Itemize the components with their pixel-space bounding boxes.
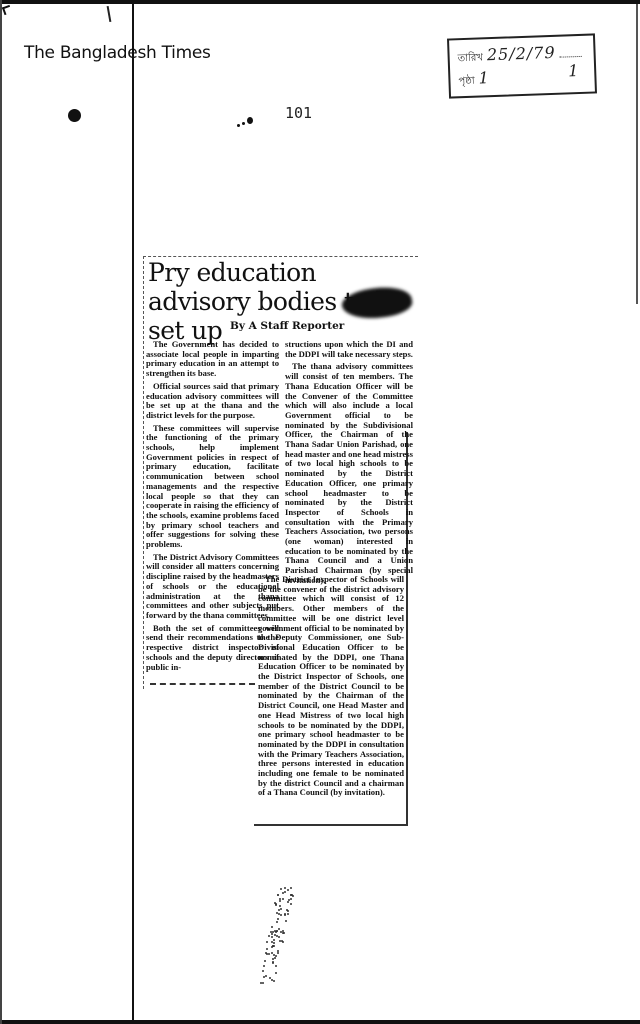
- article-column-right-bottom: The District Inspector of Schools will b…: [258, 575, 404, 801]
- paragraph: structions upon which the DI and the DDP…: [285, 340, 413, 359]
- archive-stamp: তারিখ 25/2/79 পৃষ্ঠা 1 1: [447, 33, 597, 98]
- folded-corner-mark: [2, 5, 12, 15]
- right-edge-rule: [636, 4, 638, 304]
- clipping-torn-edge: [150, 680, 255, 685]
- paragraph: The District Inspector of Schools will b…: [258, 575, 404, 798]
- paragraph: The Government has decided to associate …: [146, 340, 279, 379]
- stamp-date-value: 25/2/79: [487, 43, 556, 64]
- paragraph: Official sources said that primary educa…: [146, 382, 279, 421]
- stamp-date-label: তারিখ: [457, 50, 483, 68]
- stamp-dotted-line: [560, 56, 582, 58]
- scan-speckle-noise: [248, 886, 298, 986]
- paragraph: The thana advisory committees will consi…: [285, 362, 413, 585]
- ink-dots: [237, 116, 255, 128]
- scan-artifact: [107, 6, 112, 22]
- stamp-date-row: তারিখ 25/2/79: [457, 42, 582, 68]
- punch-hole-icon: [68, 109, 81, 122]
- margin-rule: [132, 4, 134, 1020]
- stamp-page-value: 1: [478, 68, 490, 87]
- stamp-page-label: পৃষ্ঠা: [458, 74, 475, 92]
- scan-left-edge: [0, 0, 2, 1024]
- stamp-page-row: পৃষ্ঠা 1: [458, 68, 490, 91]
- article-byline: By A Staff Reporter: [230, 320, 344, 332]
- scan-top-border: [0, 0, 640, 4]
- paragraph: These committees will supervise the func…: [146, 424, 279, 550]
- stamp-column-value: 1: [568, 61, 579, 80]
- article-column-right-top: structions upon which the DI and the DDP…: [285, 340, 413, 589]
- scan-bottom-border: [0, 1020, 640, 1024]
- page-number: 101: [285, 104, 312, 122]
- newspaper-masthead: The Bangladesh Times: [24, 43, 211, 63]
